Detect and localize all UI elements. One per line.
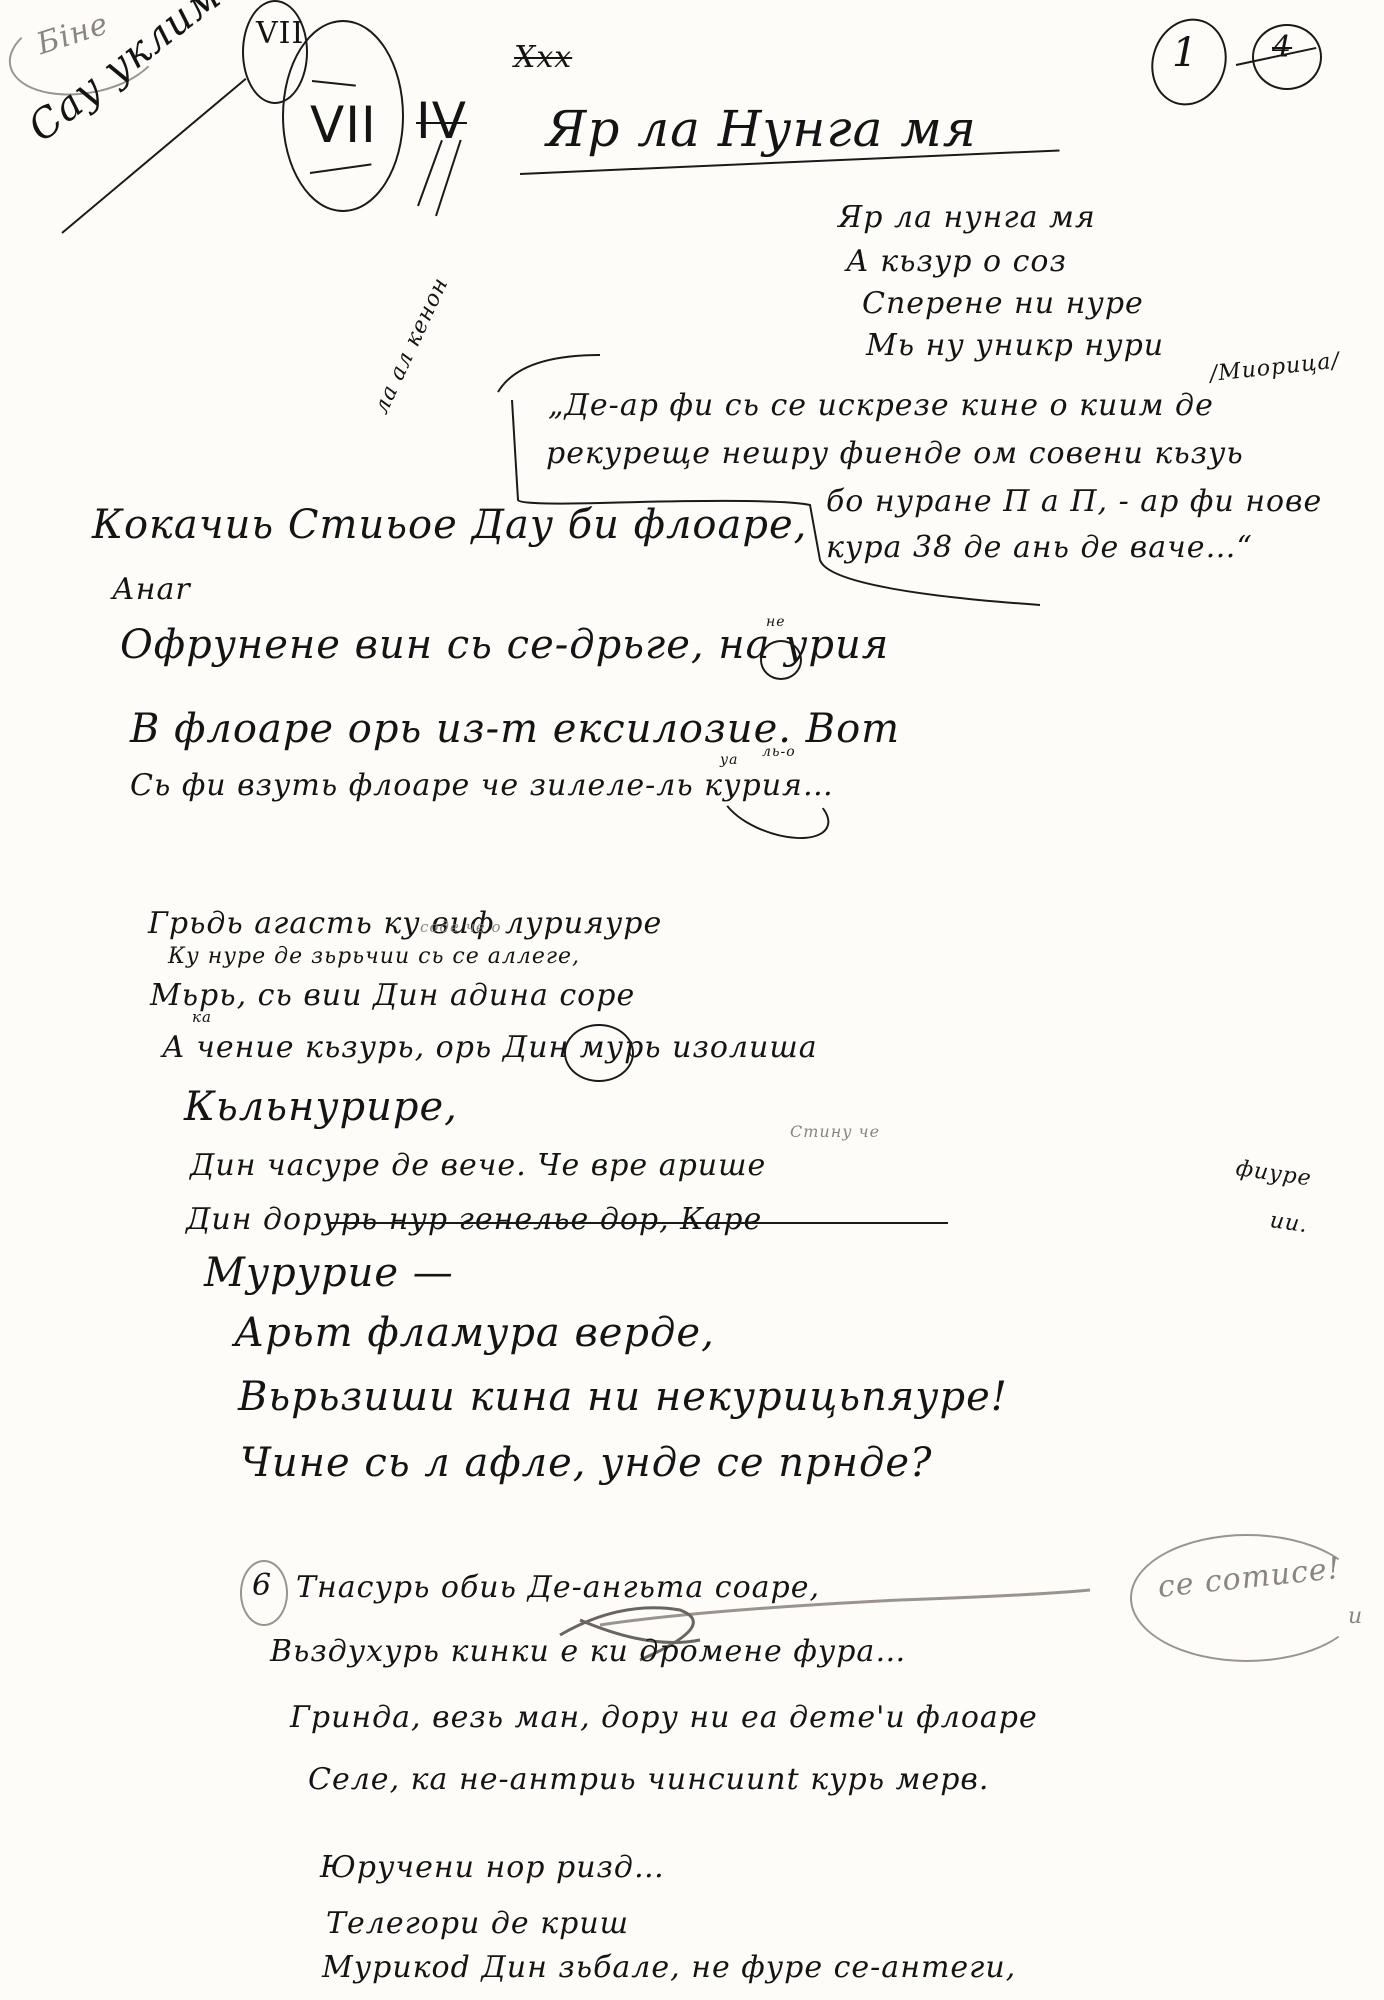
margin-note-right: ии. <box>1268 1208 1309 1238</box>
verse-line: Мурикоd Дин зьбале, не фуре се-антеги, <box>322 1950 1016 1985</box>
word-circle <box>564 1024 634 1082</box>
verse-line: Ку нуре де зьрьчии сь се аллеге, <box>168 944 580 969</box>
verse-line: Кьльнурире, <box>184 1084 458 1130</box>
verse-line: Грьдь агасть ку виф лурияуре <box>148 906 662 941</box>
insertion: Стину че <box>790 1122 880 1141</box>
verse-line: Мьрь, сь вии Дин адина соре <box>150 978 635 1013</box>
verse-line: Дин дорурь нур генелье дор, Каре <box>186 1202 762 1237</box>
insertion: ль-о <box>762 744 796 760</box>
manuscript-title: Яр ла Нунга мя <box>546 100 977 158</box>
page-number: 1 <box>1172 30 1198 76</box>
epigraph-attribution: /Миорица/ <box>1209 348 1341 387</box>
epigraph-line: Яр ла нунга мя <box>838 200 1096 235</box>
small-circled-numeral: VII <box>256 16 304 51</box>
verse-line: Чине сь л афле, унде се прнде? <box>240 1440 932 1486</box>
quote-line: рекуреще нешру фиенде ом совени кьзуь <box>546 436 1244 471</box>
word-circle <box>760 640 802 680</box>
verse-line: Юручени нор ризд… <box>320 1850 665 1885</box>
verse-line: Вьрьзиши кина ни некурицьпяуре! <box>238 1374 1008 1420</box>
insertion: соде че о <box>420 918 502 936</box>
pencil-callout-tail: и <box>1348 1604 1363 1629</box>
strike-line <box>328 1222 948 1224</box>
verse-line: Кокачиь Стиьое Дау би флоаре, <box>92 502 807 548</box>
quote-side-note: ла ал кенон <box>369 273 454 417</box>
roman-numeral-circled: VII <box>310 96 377 154</box>
verse-line: Мурурие — <box>204 1250 454 1296</box>
epigraph-line: Сперене ни нуре <box>862 286 1144 321</box>
verse-line: Тнасурь обиь Де-ангьта соаре, <box>296 1570 820 1605</box>
quote-line: „Де-ар фи сь се искрезе кине о киим де <box>548 388 1214 423</box>
verse-line: Телегори де криш <box>326 1906 629 1941</box>
verse-line: Гринда, везь ман, дору ни еа дете'и флоа… <box>290 1700 1038 1735</box>
verse-line: Дин часуре де вече. Че вре арише <box>190 1148 766 1183</box>
insertion: ка <box>192 1008 212 1026</box>
epigraph-line: А кьзур о сoз <box>846 244 1067 279</box>
insertion: не <box>766 614 786 630</box>
crossed-top-mark: Ххх <box>514 40 572 75</box>
insertion: уа <box>720 752 738 768</box>
quote-line: бо нуране П а П, - ар фи нове <box>826 484 1322 519</box>
verse-line: Анаr <box>112 572 191 607</box>
epigraph-line: Мь ну уникр нури <box>866 328 1164 363</box>
verse-line: Селе, ка не-антриь чинсиunt курь мерв. <box>308 1762 989 1797</box>
verse-line: Арьт фламура верде, <box>234 1310 715 1356</box>
stanza-number: 6 <box>252 1568 272 1603</box>
verse-line: Вьздухурь кинки е ки дромене фура… <box>270 1634 906 1669</box>
margin-note-right: фиуре <box>1234 1156 1313 1191</box>
verse-line: А чение кьзурь, орь Дин мурь изолиша <box>162 1030 818 1065</box>
quote-line: кура 38 де ань де ваче…“ <box>826 530 1253 565</box>
crossed-page-number: 4 <box>1272 30 1292 65</box>
